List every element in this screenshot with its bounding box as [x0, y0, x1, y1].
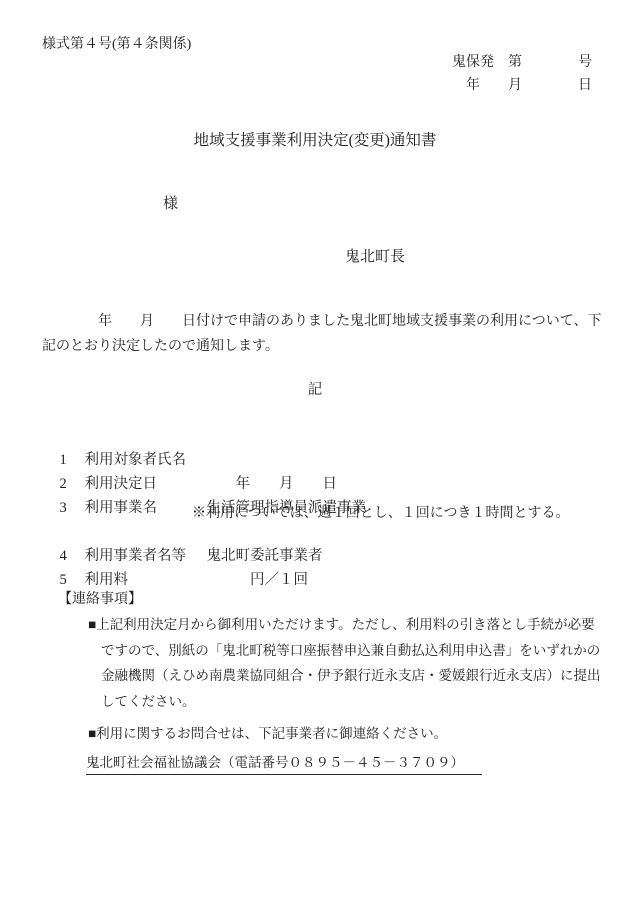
- item-3-note: ※利用については、週１回とし、１回につき１時間とする。: [192, 505, 569, 523]
- note-bullet-1-line-2: ですので、別紙の「鬼北町税等口座振替申込兼自動払込利用申込書」をいずれかの: [101, 643, 600, 660]
- item-number: 3: [60, 499, 85, 517]
- item-number: 5: [60, 571, 85, 589]
- note-bullet-1-line-1: ■上記利用決定月から御利用いただけます。ただし、利用料の引き落とし手続が必要: [88, 617, 595, 634]
- contact-line: 鬼北町社会福祉協議会（電話番号０８９５－４５－３７０９）: [86, 755, 482, 775]
- note-bullet-2: ■利用に関するお問合せは、下記事業者に御連絡ください。: [88, 726, 447, 743]
- item-label: 利用料: [85, 571, 207, 589]
- form-number: 様式第４号(第４条関係): [42, 36, 191, 54]
- document-title: 地域支援事業利用決定(変更)通知書: [0, 131, 630, 150]
- item-value: 円／１回: [207, 571, 309, 589]
- sender-title: 鬼北町長: [345, 248, 405, 267]
- body-paragraph-line-1: 年 月 日付けで申請のありました鬼北町地域支援事業の利用について、下: [42, 313, 601, 331]
- document-date-line: 年 月 日: [0, 77, 592, 95]
- notes-heading: 【連絡事項】: [58, 591, 142, 609]
- item-label: 利用事業名: [85, 499, 207, 517]
- note-bullet-1-line-4: してください。: [101, 694, 196, 711]
- document-page: 様式第４号(第４条関係) 鬼保発 第 号 年 月 日 地域支援事業利用決定(変更…: [0, 0, 630, 903]
- record-marker: 記: [0, 381, 630, 399]
- addressee-honorific: 様: [163, 195, 178, 214]
- body-paragraph-line-2: 記のとおり決定したので通知します。: [42, 338, 279, 356]
- document-number-line: 鬼保発 第 号: [0, 54, 592, 72]
- note-bullet-1-line-3: 金融機関（えひめ南農業協同組合・伊予銀行近永支店・愛媛銀行近永支店）に提出: [101, 668, 601, 685]
